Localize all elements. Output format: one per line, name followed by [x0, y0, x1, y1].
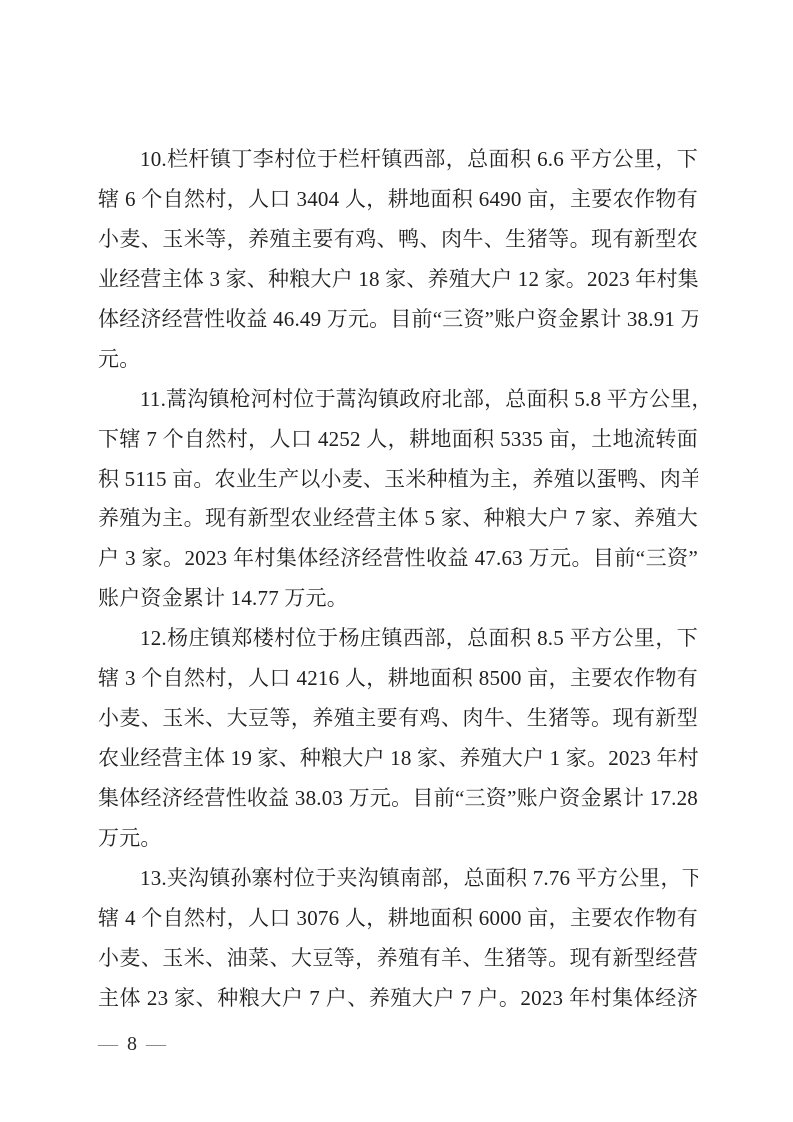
- text-line: 万元。: [98, 819, 698, 859]
- document-page: 10.栏杆镇丁李村位于栏杆镇西部，总面积 6.6 平方公里，下 辖 6 个自然村…: [0, 0, 793, 1122]
- page-number: 8: [118, 1033, 146, 1055]
- text-line: 辖 6 个自然村，人口 3404 人，耕地面积 6490 亩，主要农作物有: [98, 180, 698, 220]
- text-line: 集体经济经营性收益 38.03 万元。目前“三资”账户资金累计 17.28: [98, 779, 698, 819]
- text-line: 11.蒿沟镇枪河村位于蒿沟镇政府北部，总面积 5.8 平方公里，: [98, 380, 698, 420]
- text-line: 小麦、玉米、油菜、大豆等，养殖有羊、生猪等。现有新型经营: [98, 939, 698, 979]
- text-line: 体经济经营性收益 46.49 万元。目前“三资”账户资金累计 38.91 万: [98, 300, 698, 340]
- text-line: 13.夹沟镇孙寨村位于夹沟镇南部，总面积 7.76 平方公里，下: [98, 859, 698, 899]
- page-number-dash-left: —: [98, 1033, 118, 1055]
- paragraph-village-12: 12.杨庄镇郑楼村位于杨庄镇西部，总面积 8.5 平方公里，下 辖 3 个自然村…: [98, 619, 698, 859]
- text-line: 辖 3 个自然村，人口 4216 人，耕地面积 8500 亩，主要农作物有: [98, 659, 698, 699]
- page-number-dash-right: —: [146, 1033, 166, 1055]
- text-line: 户 3 家。2023 年村集体经济经营性收益 47.63 万元。目前“三资”: [98, 539, 698, 579]
- text-line: 业经营主体 3 家、种粮大户 18 家、养殖大户 12 家。2023 年村集: [98, 260, 698, 300]
- text-line: 账户资金累计 14.77 万元。: [98, 579, 698, 619]
- text-line: 12.杨庄镇郑楼村位于杨庄镇西部，总面积 8.5 平方公里，下: [98, 619, 698, 659]
- paragraph-village-11: 11.蒿沟镇枪河村位于蒿沟镇政府北部，总面积 5.8 平方公里， 下辖 7 个自…: [98, 380, 698, 620]
- page-footer: —8—: [98, 1029, 166, 1059]
- document-body: 10.栏杆镇丁李村位于栏杆镇西部，总面积 6.6 平方公里，下 辖 6 个自然村…: [98, 140, 698, 1019]
- text-line: 养殖为主。现有新型农业经营主体 5 家、种粮大户 7 家、养殖大: [98, 499, 698, 539]
- text-line: 农业经营主体 19 家、种粮大户 18 家、养殖大户 1 家。2023 年村: [98, 739, 698, 779]
- text-line: 小麦、玉米等，养殖主要有鸡、鸭、肉牛、生猪等。现有新型农: [98, 220, 698, 260]
- text-line: 下辖 7 个自然村，人口 4252 人，耕地面积 5335 亩，土地流转面: [98, 420, 698, 460]
- text-line: 小麦、玉米、大豆等，养殖主要有鸡、肉牛、生猪等。现有新型: [98, 699, 698, 739]
- text-line: 主体 23 家、种粮大户 7 户、养殖大户 7 户。2023 年村集体经济: [98, 979, 698, 1019]
- text-line: 积 5115 亩。农业生产以小麦、玉米种植为主，养殖以蛋鸭、肉羊: [98, 460, 698, 500]
- paragraph-village-13: 13.夹沟镇孙寨村位于夹沟镇南部，总面积 7.76 平方公里，下 辖 4 个自然…: [98, 859, 698, 1019]
- paragraph-village-10: 10.栏杆镇丁李村位于栏杆镇西部，总面积 6.6 平方公里，下 辖 6 个自然村…: [98, 140, 698, 380]
- text-line: 元。: [98, 340, 698, 380]
- text-line: 10.栏杆镇丁李村位于栏杆镇西部，总面积 6.6 平方公里，下: [98, 140, 698, 180]
- text-line: 辖 4 个自然村，人口 3076 人，耕地面积 6000 亩，主要农作物有: [98, 899, 698, 939]
